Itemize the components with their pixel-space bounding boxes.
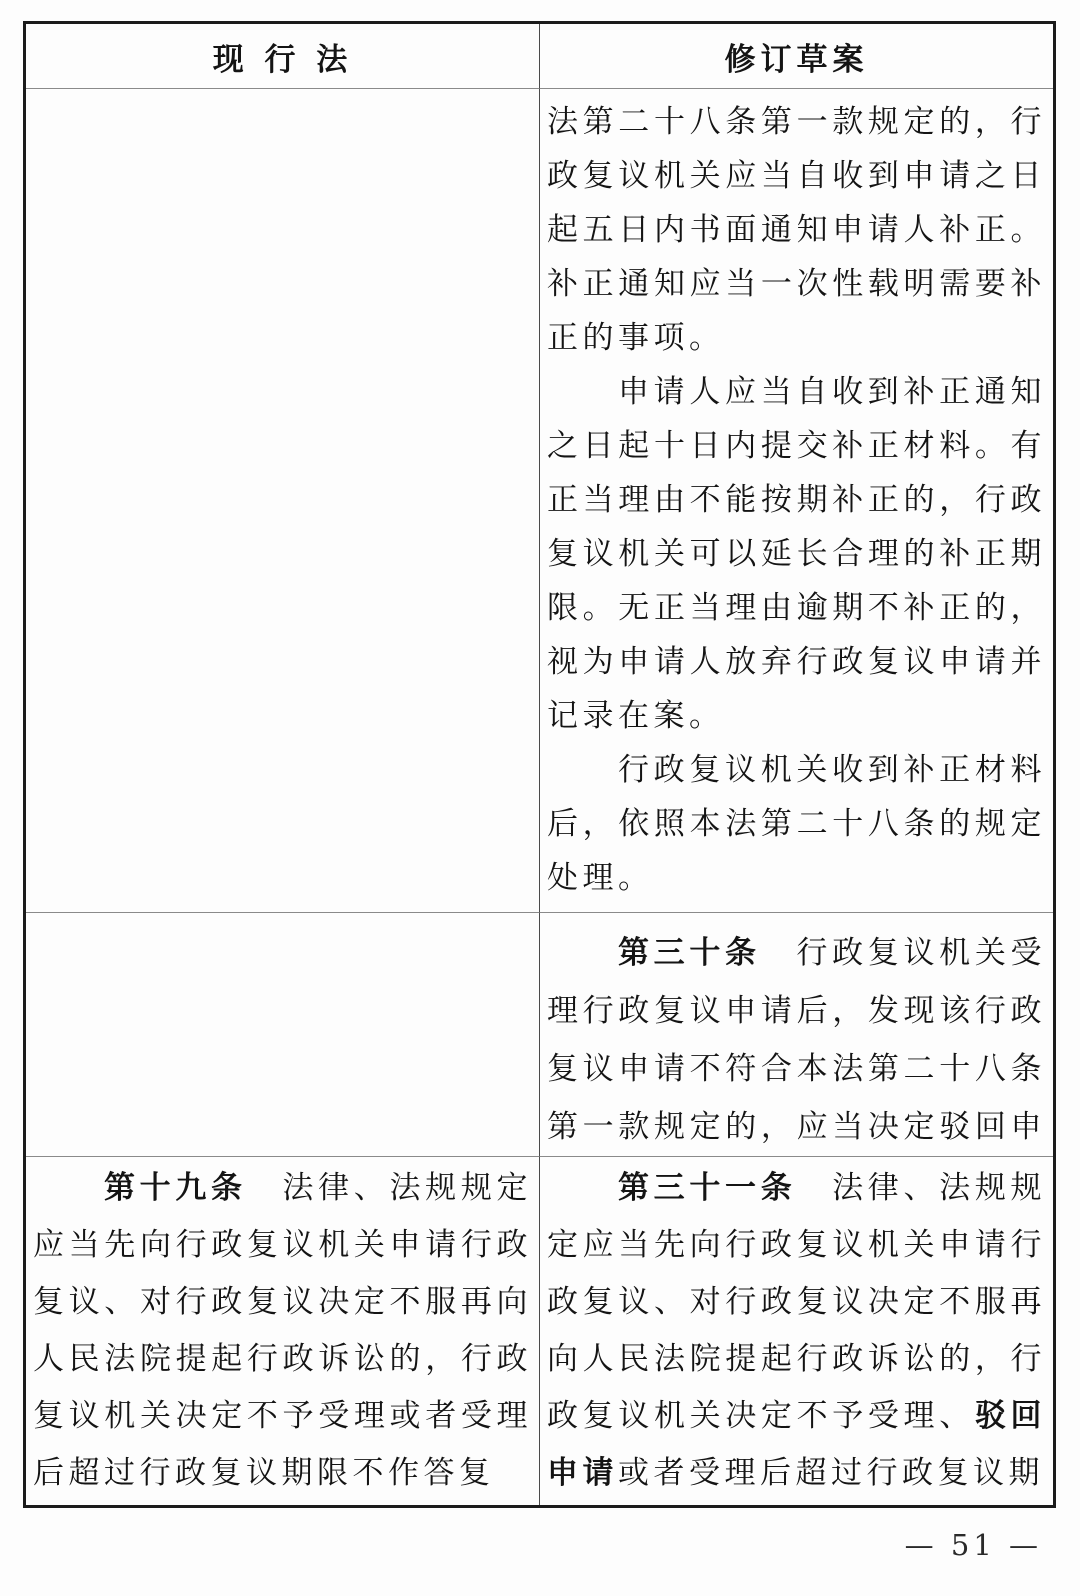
cell-current-law-row1-empty	[26, 89, 540, 913]
header-label-revision-draft: 修订草案	[725, 34, 869, 79]
draft-paragraph-article31: 第三十一条 法律、法规规定应当先向行政复议机关申请行政复议、对行政复议决定不服再…	[547, 1160, 1046, 1502]
article-number-31: 第三十一条	[618, 1170, 796, 1206]
article31-text-part2: 或者受理后超过行政复议期	[618, 1455, 1044, 1491]
article19-text: 法律、法规规定应当先向行政复议机关申请行政复议、对行政复议决定不服再向人民法院提…	[33, 1170, 532, 1491]
comparison-table: 现 行 法 修订草案 法第二十八条第一款规定的，行政复议机关应当自收到申请之日起…	[23, 21, 1056, 1508]
current-law-paragraph-article19: 第十九条 法律、法规规定应当先向行政复议机关申请行政复议、对行政复议决定不服再向…	[33, 1160, 532, 1502]
page-number: — 51 —	[905, 1528, 1042, 1562]
cell-draft-row3-article31: 第三十一条 法律、法规规定应当先向行政复议机关申请行政复议、对行政复议决定不服再…	[540, 1157, 1053, 1505]
draft-paragraph-handling: 行政复议机关收到补正材料后，依照本法第二十八条的规定处理。	[547, 743, 1046, 905]
draft-paragraph-supplement-deadline: 申请人应当自收到补正通知之日起十日内提交补正材料。有正当理由不能按期补正的，行政…	[547, 365, 1046, 743]
cell-current-law-row3-article19: 第十九条 法律、法规规定应当先向行政复议机关申请行政复议、对行政复议决定不服再向…	[26, 1157, 540, 1505]
cell-current-law-row2-empty	[26, 913, 540, 1157]
cell-draft-row1: 法第二十八条第一款规定的，行政复议机关应当自收到申请之日起五日内书面通知申请人补…	[540, 89, 1053, 913]
header-cell-current-law: 现 行 法	[26, 24, 540, 89]
document-page: 现 行 法 修订草案 法第二十八条第一款规定的，行政复议机关应当自收到申请之日起…	[0, 0, 1080, 1596]
draft-paragraph-continuation: 法第二十八条第一款规定的，行政复议机关应当自收到申请之日起五日内书面通知申请人补…	[547, 95, 1046, 365]
header-cell-revision-draft: 修订草案	[540, 24, 1053, 89]
draft-paragraph-article30: 第三十条 行政复议机关受理行政复议申请后，发现该行政复议申请不符合本法第二十八条…	[547, 924, 1046, 1157]
article31-text-part1: 法律、法规规定应当先向行政复议机关申请行政复议、对行政复议决定不服再向人民法院提…	[547, 1170, 1046, 1434]
cell-draft-row2-article30: 第三十条 行政复议机关受理行政复议申请后，发现该行政复议申请不符合本法第二十八条…	[540, 913, 1053, 1157]
article-number-19: 第十九条	[104, 1170, 247, 1206]
article-number-30: 第三十条	[618, 935, 761, 971]
header-label-current-law: 现 行 法	[213, 34, 353, 79]
